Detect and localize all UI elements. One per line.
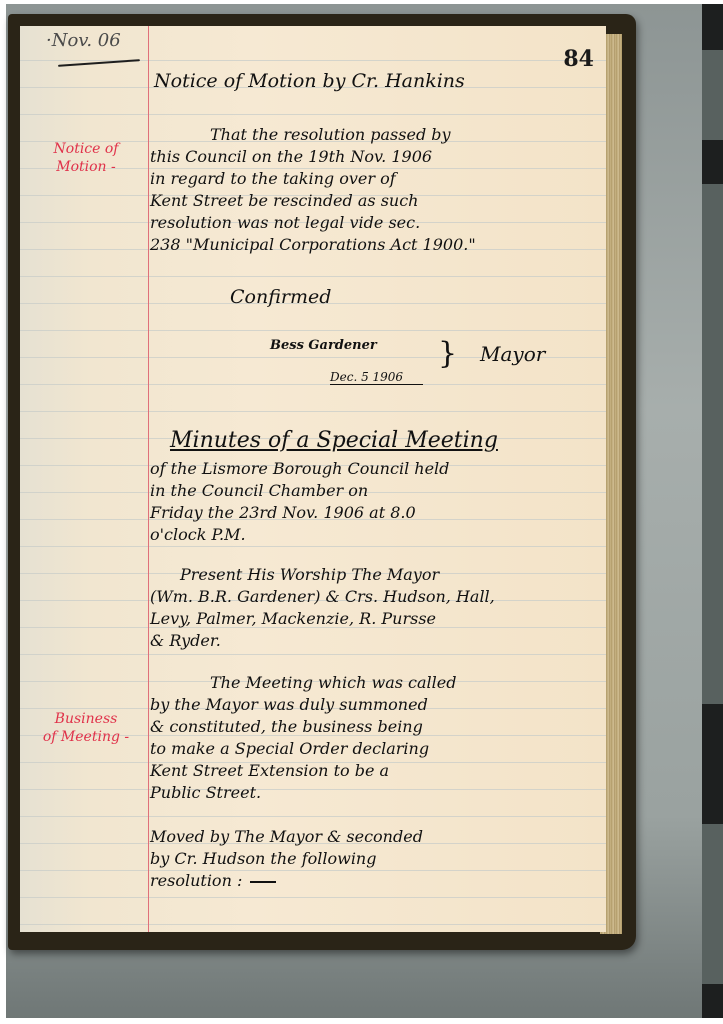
text-line: by Cr. Hudson the following — [150, 848, 596, 870]
text-line: of the Lismore Borough Council held — [150, 458, 596, 480]
notice-heading: Notice of Motion by Cr. Hankins — [154, 70, 465, 92]
text-line: resolution : — [150, 870, 596, 892]
text-line: to make a Special Order declaring — [150, 738, 596, 760]
text-line: resolution was not legal vide sec. — [150, 212, 596, 234]
present-paragraph: Present His Worship The Mayor (Wm. B.R. … — [150, 564, 596, 652]
closing-dash — [250, 881, 276, 883]
margin-note-business-of-meeting: Business of Meeting - — [30, 710, 142, 746]
motion-paragraph: Moved by The Mayor & seconded by Cr. Hud… — [150, 826, 596, 892]
text-line: Friday the 23rd Nov. 1906 at 8.0 — [150, 502, 596, 524]
margin-note-notice-of-motion: Notice of Motion - — [30, 140, 142, 176]
ledger-page: ·Nov. 06 84 Notice of Motion - Business … — [20, 26, 606, 932]
text-line: in regard to the taking over of — [150, 168, 596, 190]
notice-body: That the resolution passed by this Counc… — [150, 124, 596, 256]
scan-edge-strip — [702, 4, 723, 1018]
text-line: 238 "Municipal Corporations Act 1900." — [150, 234, 596, 256]
text-line: The Meeting which was called — [150, 672, 596, 694]
margin-note-line: of Meeting - — [30, 728, 142, 746]
brace-glyph: } — [438, 336, 457, 371]
text-line: That the resolution passed by — [150, 124, 596, 146]
business-paragraph: The Meeting which was called by the Mayo… — [150, 672, 596, 804]
minutes-heading: Minutes of a Special Meeting — [170, 428, 498, 453]
text-line: (Wm. B.R. Gardener) & Crs. Hudson, Hall, — [150, 586, 596, 608]
text-line: Levy, Palmer, Mackenzie, R. Pursse — [150, 608, 596, 630]
edge-patch — [702, 80, 723, 140]
text-line: in the Council Chamber on — [150, 480, 596, 502]
text-line: Present His Worship The Mayor — [150, 564, 596, 586]
edge-patch — [702, 50, 723, 80]
text-line: Moved by The Mayor & seconded — [150, 826, 596, 848]
text-line: by the Mayor was duly summoned — [150, 694, 596, 716]
mayor-signature-block: Bess Gardener Dec. 5 1906 } Mayor — [270, 338, 570, 398]
margin-note-line: Motion - — [30, 158, 142, 176]
text-line: & Ryder. — [150, 630, 596, 652]
mayor-signature: Bess Gardener — [270, 338, 377, 353]
text-line: Public Street. — [150, 782, 596, 804]
page-number: 84 — [563, 46, 594, 72]
edge-patch — [702, 184, 723, 704]
text-line: Kent Street be rescinded as such — [150, 190, 596, 212]
confirmation-date: Dec. 5 1906 — [330, 370, 423, 385]
margin-rule — [148, 26, 149, 932]
edge-patch — [702, 824, 723, 984]
margin-note-line: Business — [30, 710, 142, 728]
text-fragment: resolution : — [150, 871, 242, 890]
text-line: this Council on the 19th Nov. 1906 — [150, 146, 596, 168]
date-note: ·Nov. 06 — [46, 30, 121, 51]
text-line: o'clock P.M. — [150, 524, 596, 546]
text-line: Kent Street Extension to be a — [150, 760, 596, 782]
minutes-intro: of the Lismore Borough Council held in t… — [150, 458, 596, 546]
margin-note-line: Notice of — [30, 140, 142, 158]
confirmed-label: Confirmed — [230, 286, 331, 308]
text-line: & constituted, the business being — [150, 716, 596, 738]
mayor-title: Mayor — [480, 342, 545, 366]
